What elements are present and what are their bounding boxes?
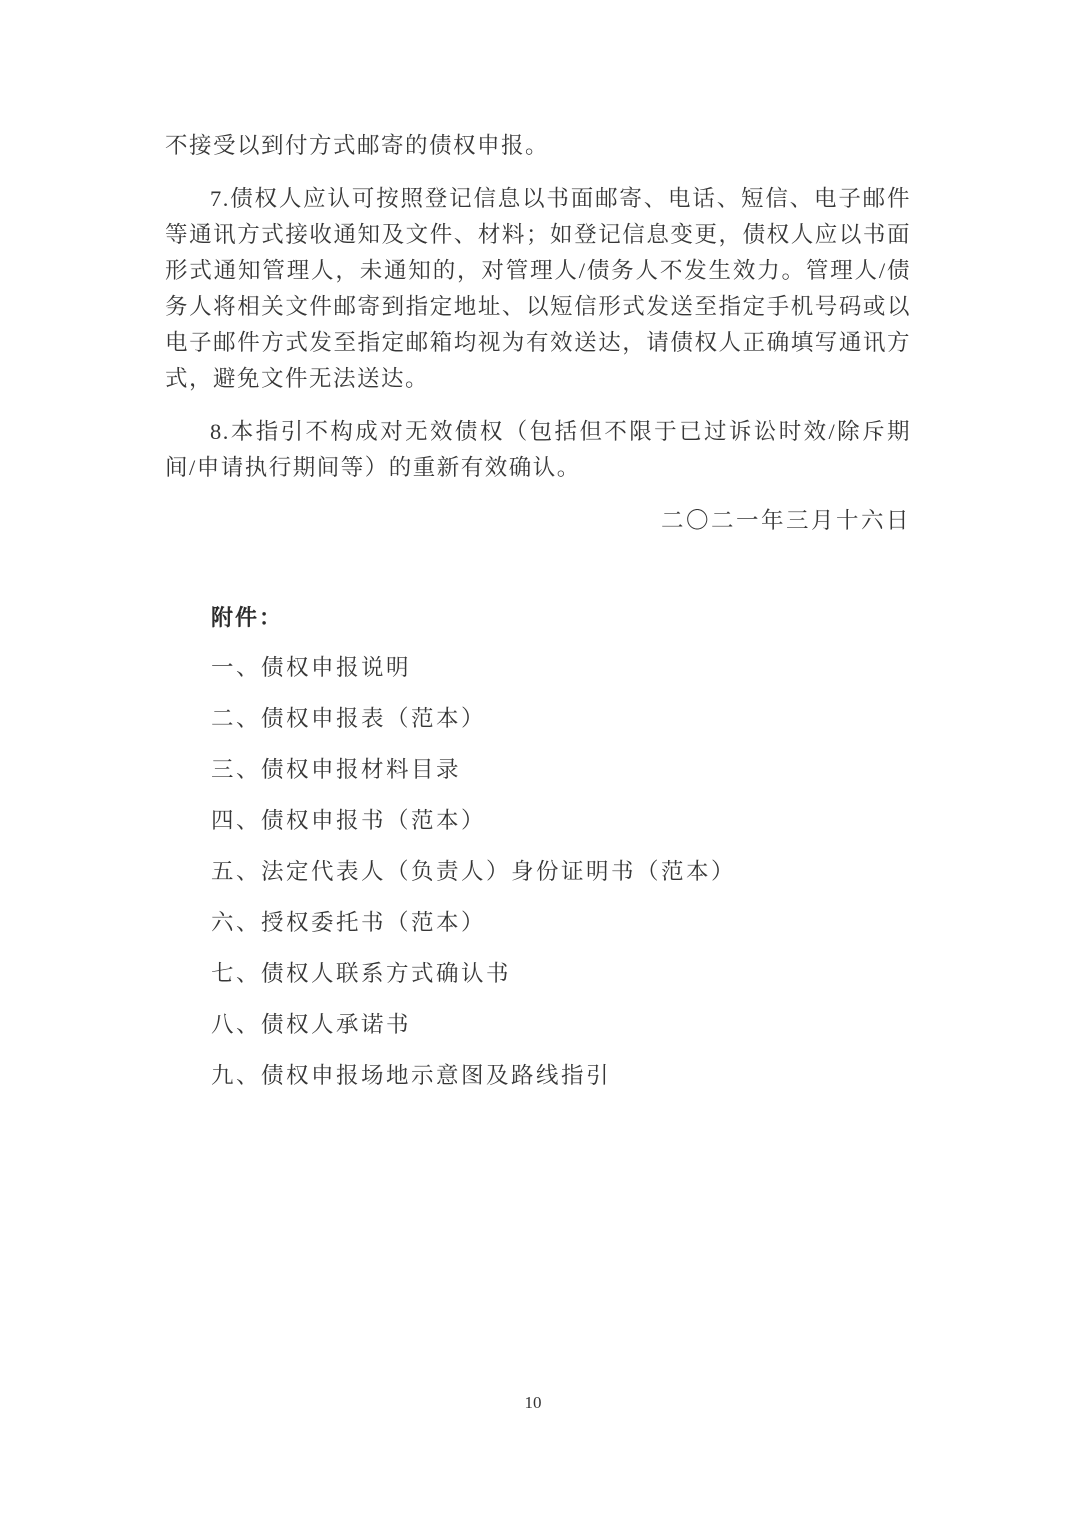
body-paragraph: 不接受以到付方式邮寄的债权申报。 bbox=[165, 128, 911, 164]
attachment-item: 七、债权人联系方式确认书 bbox=[211, 960, 911, 988]
attachment-item: 三、债权申报材料目录 bbox=[211, 756, 911, 784]
attachment-item: 五、法定代表人（负责人）身份证明书（范本） bbox=[211, 858, 911, 886]
attachment-item: 四、债权申报书（范本） bbox=[211, 807, 911, 835]
attachment-item: 九、债权申报场地示意图及路线指引 bbox=[211, 1062, 911, 1090]
attachment-item: 六、授权委托书（范本） bbox=[211, 909, 911, 937]
document-page: 不接受以到付方式邮寄的债权申报。 7.债权人应认可按照登记信息以书面邮寄、电话、… bbox=[0, 0, 1080, 1527]
attachment-item: 八、债权人承诺书 bbox=[211, 1011, 911, 1039]
body-paragraph: 8.本指引不构成对无效债权（包括但不限于已过诉讼时效/除斥期间/申请执行期间等）… bbox=[165, 414, 911, 486]
attachment-item: 二、债权申报表（范本） bbox=[211, 705, 911, 733]
body-text-block: 不接受以到付方式邮寄的债权申报。 7.债权人应认可按照登记信息以书面邮寄、电话、… bbox=[165, 128, 911, 539]
page-number: 10 bbox=[0, 1393, 1066, 1413]
attachments-heading: 附件： bbox=[211, 604, 911, 632]
body-paragraph: 7.债权人应认可按照登记信息以书面邮寄、电话、短信、电子邮件等通讯方式接收通知及… bbox=[165, 181, 911, 397]
attachment-item: 一、债权申报说明 bbox=[211, 654, 911, 682]
attachments-section: 附件： 一、债权申报说明 二、债权申报表（范本） 三、债权申报材料目录 四、债权… bbox=[211, 604, 911, 1113]
date-line: 二〇二一年三月十六日 bbox=[165, 503, 911, 539]
